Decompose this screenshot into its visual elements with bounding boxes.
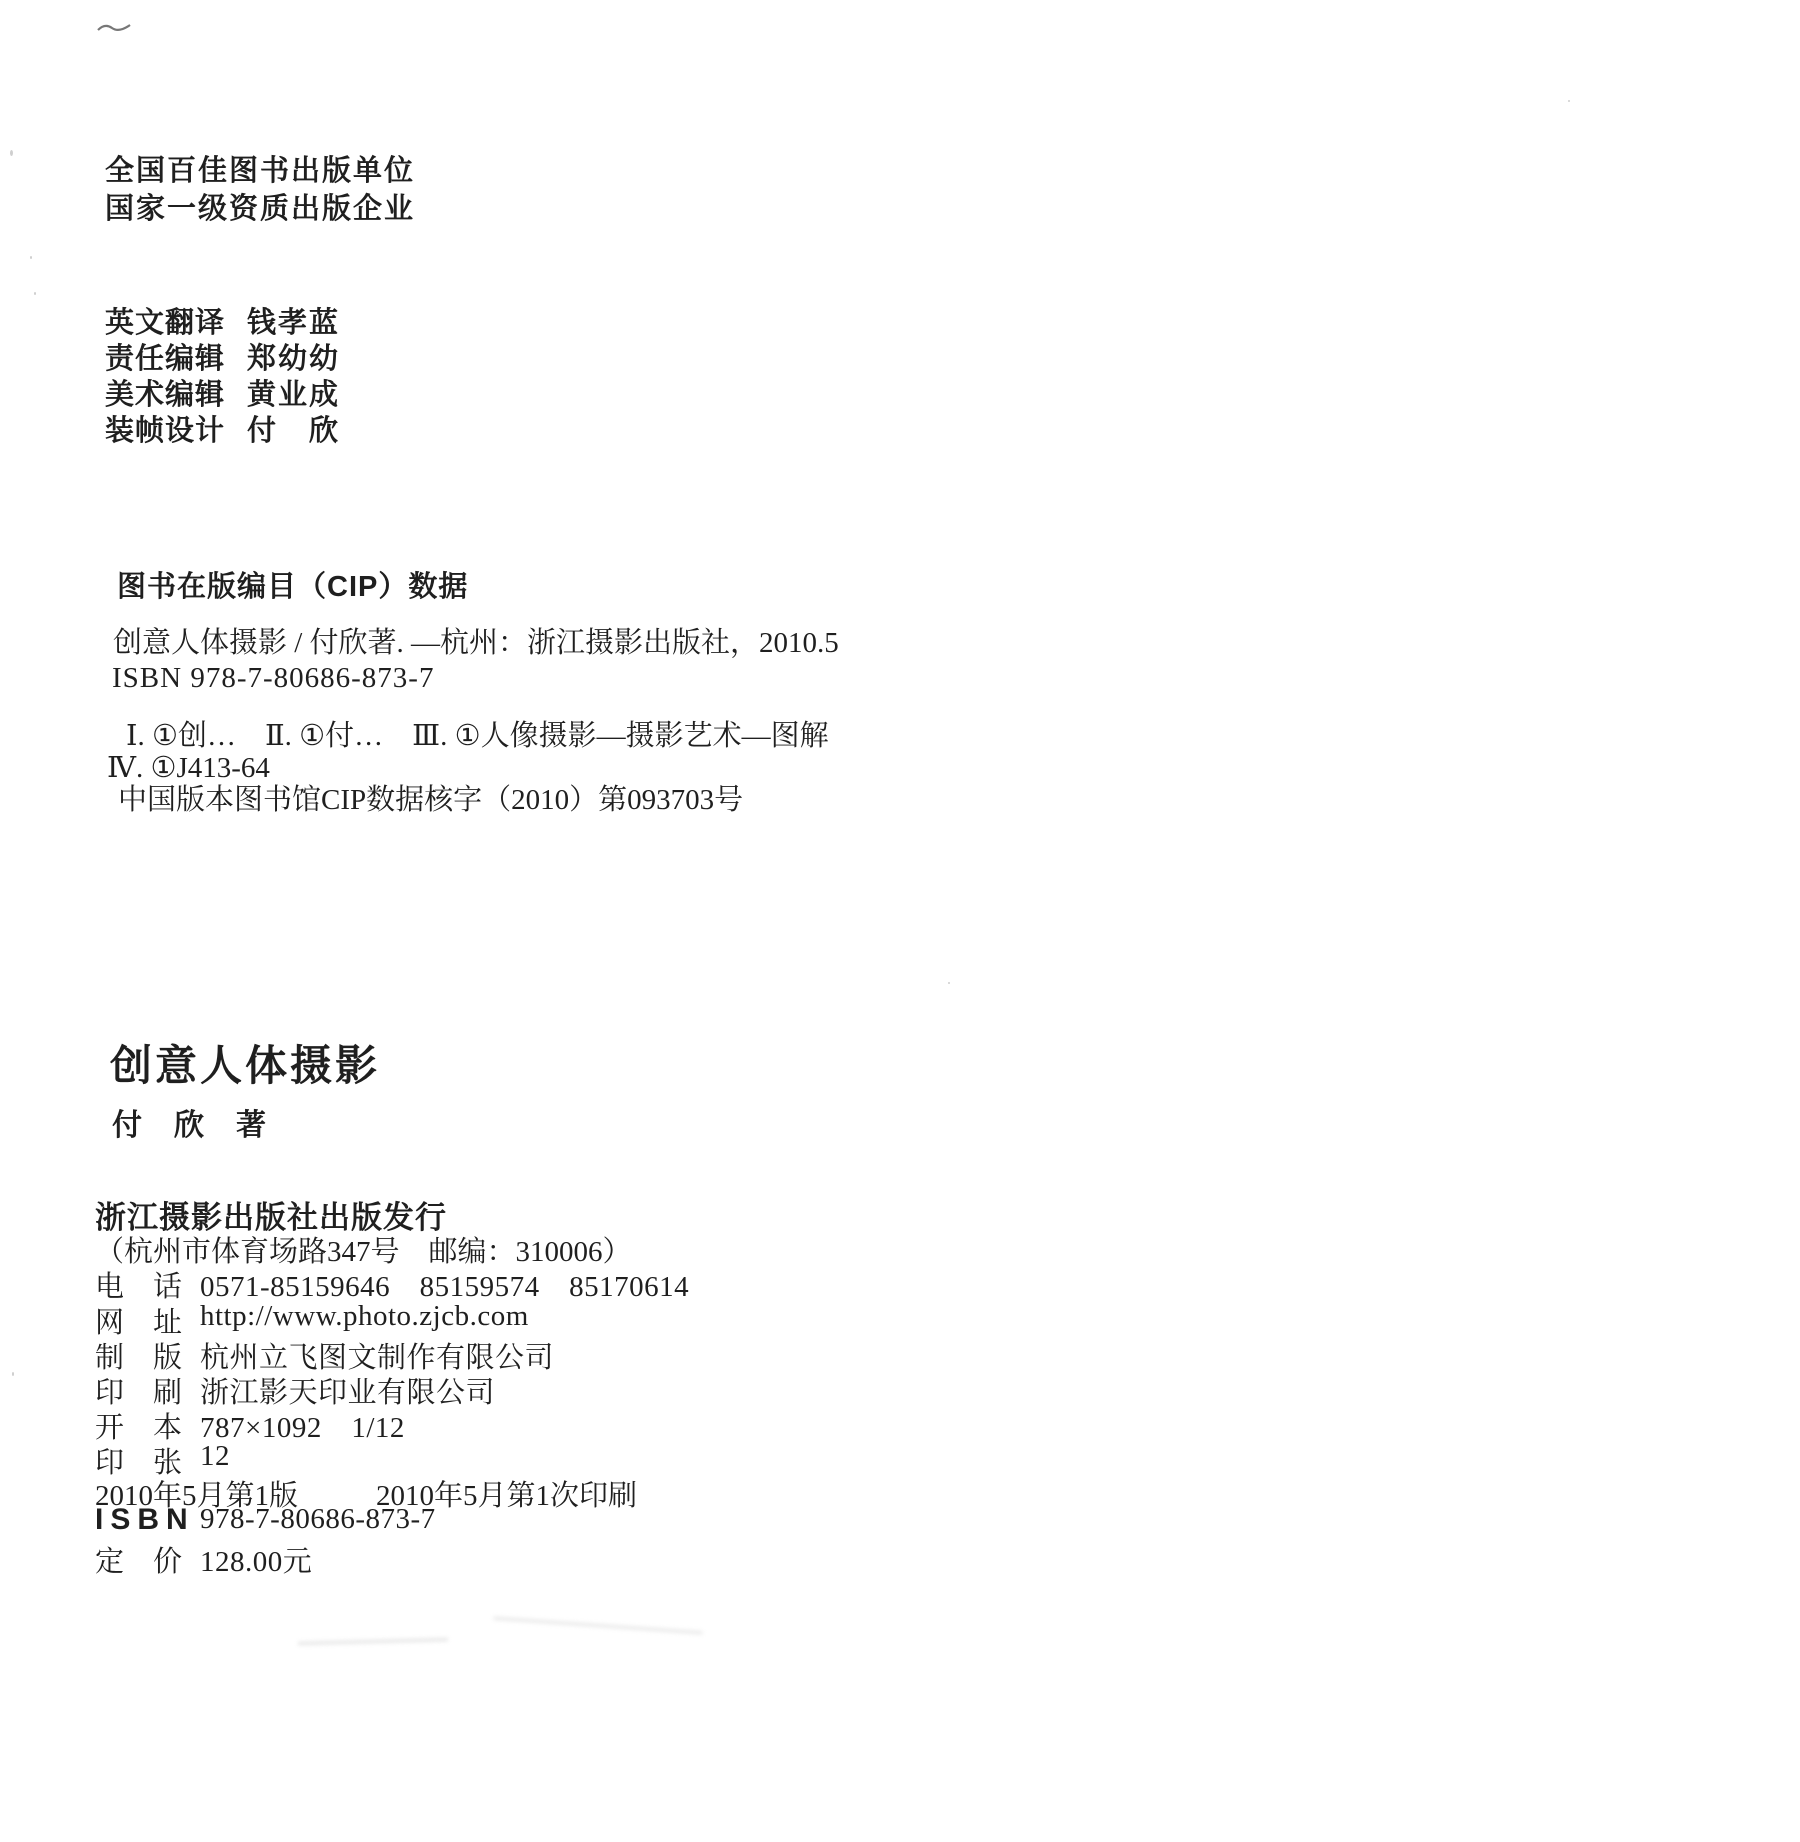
credit-role: 责任编辑 — [105, 341, 229, 377]
scan-speck — [30, 256, 32, 259]
cip-isbn-line: ISBN 978-7-80686-873-7 — [112, 661, 434, 695]
cip-heading: 图书在版编目（CIP）数据 — [117, 570, 468, 604]
honor-line-2: 国家一级资质出版企业 — [105, 190, 415, 228]
cip-record-number-line: 中国版本图书馆CIP数据核字（2010）第093703号 — [118, 783, 743, 817]
cip-classification-line-2: Ⅳ. ①J413-64 — [107, 751, 270, 785]
credit-name: 黄业成 — [247, 377, 340, 413]
colophon-row-price: 定 价 128.00元 — [95, 1539, 312, 1580]
price-value: 128.00元 — [200, 1539, 312, 1580]
credits-block: 英文翻译 钱孝蓝 责任编辑 郑幼幼 美术编辑 黄业成 装帧设计 付 欣 — [105, 305, 340, 449]
publisher-honors: 全国百佳图书出版单位 国家一级资质出版企业 — [105, 152, 415, 228]
credit-name: 郑幼幼 — [247, 341, 340, 377]
scan-speck — [34, 292, 36, 295]
scan-speck — [948, 982, 950, 984]
price-label: 定 价 — [95, 1539, 195, 1580]
row-label: 电 话 — [95, 1264, 195, 1305]
credit-row-translator: 英文翻译 钱孝蓝 — [105, 305, 340, 341]
colophon-row-isbn: ISBN 978-7-80686-873-7 — [95, 1503, 436, 1537]
cip-entry-line: 创意人体摄影 / 付欣著. —杭州：浙江摄影出版社，2010.5 — [113, 626, 839, 660]
credit-row-designer: 装帧设计 付 欣 — [105, 413, 340, 449]
credit-role: 装帧设计 — [105, 413, 229, 449]
credit-role: 英文翻译 — [105, 305, 229, 341]
book-title: 创意人体摄影 — [110, 1044, 380, 1088]
colophon-row-phone: 电 话 0571-85159646 85159574 85170614 — [95, 1264, 689, 1305]
credit-row-art-editor: 美术编辑 黄业成 — [105, 377, 340, 413]
copyright-page: 全国百佳图书出版单位 国家一级资质出版企业 英文翻译 钱孝蓝 责任编辑 郑幼幼 … — [0, 0, 1800, 1842]
scan-speck — [10, 150, 13, 156]
scan-speck — [12, 1372, 14, 1376]
credit-role: 美术编辑 — [105, 377, 229, 413]
book-author: 付 欣 著 — [112, 1100, 267, 1144]
honor-line-1: 全国百佳图书出版单位 — [105, 152, 415, 190]
isbn-value: 978-7-80686-873-7 — [200, 1503, 436, 1537]
scan-squiggle-mark — [96, 20, 140, 36]
credit-name: 钱孝蓝 — [247, 305, 340, 341]
cip-classification-line-1: Ⅰ. ①创… Ⅱ. ①付… Ⅲ. ①人像摄影—摄影艺术—图解 — [126, 719, 829, 753]
scan-smudge — [238, 1618, 758, 1662]
isbn-label: ISBN — [95, 1503, 195, 1537]
row-value: 787×1092 1/12 — [200, 1405, 405, 1446]
row-value: 0571-85159646 85159574 85170614 — [200, 1264, 689, 1305]
scan-speck — [1568, 100, 1570, 102]
credit-name: 付 欣 — [247, 413, 340, 449]
credit-row-editor: 责任编辑 郑幼幼 — [105, 341, 340, 377]
